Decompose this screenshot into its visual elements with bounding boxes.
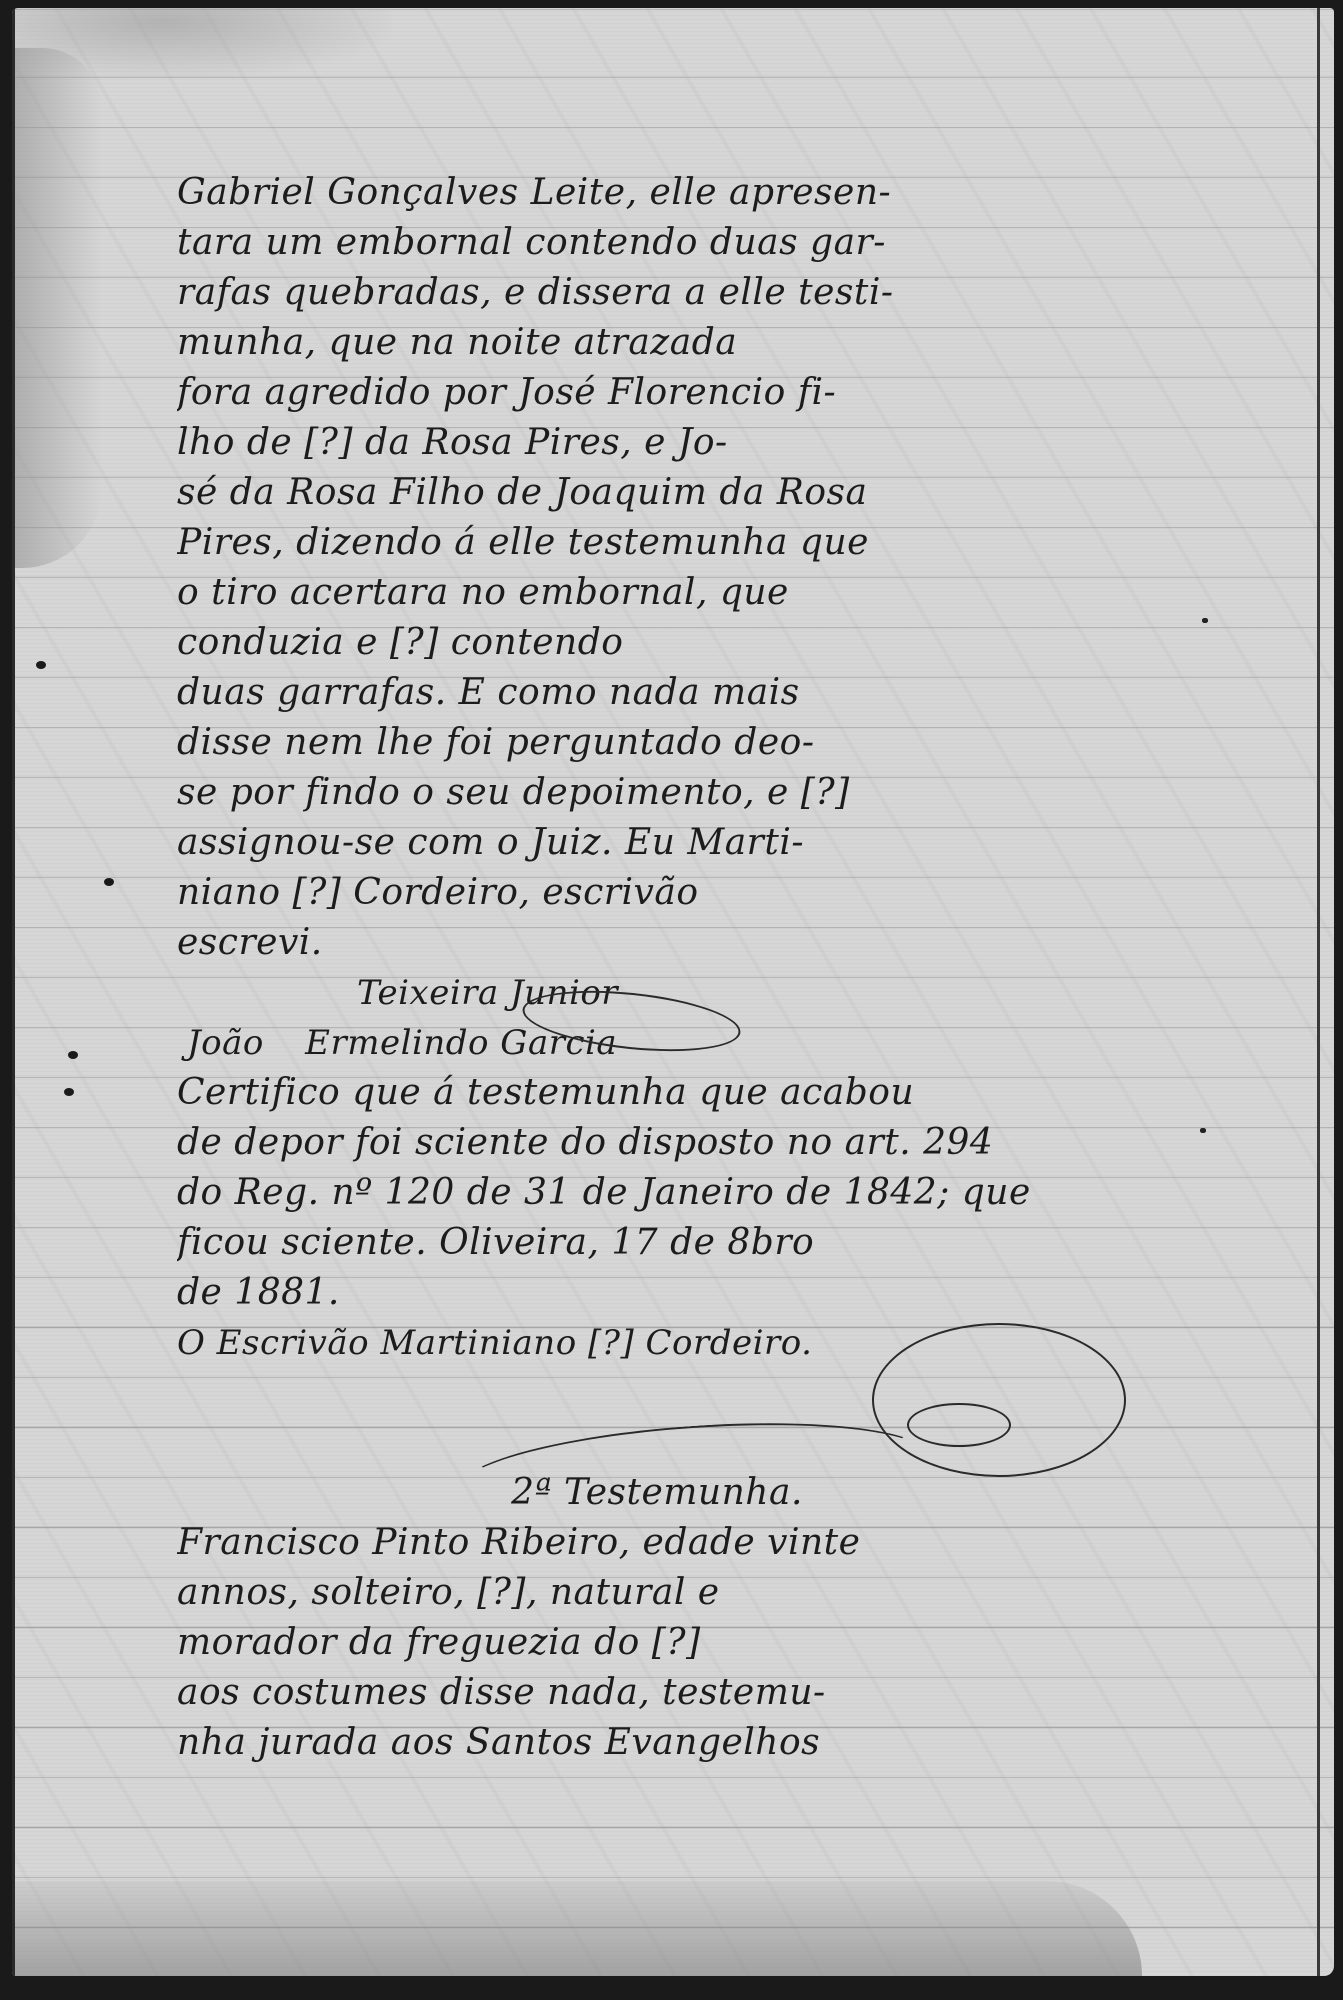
text-line: annos, solteiro, [?], natural e [177, 1568, 1137, 1618]
text-line: sé da Rosa Filho de Joaquim da Rosa [177, 468, 1137, 518]
binding-hole [64, 1088, 74, 1096]
signature-prefix: João [187, 1023, 264, 1063]
text-line: aos costumes disse nada, testemu- [177, 1668, 1137, 1718]
text-line: assignou-se com o Juiz. Eu Marti- [177, 818, 1137, 868]
water-stain-left [12, 48, 102, 568]
ink-spot [1202, 618, 1208, 623]
text-line: o tiro acertara no embornal, que [177, 568, 1137, 618]
text-line: morador da freguezia do [?] [177, 1618, 1137, 1668]
certification-line: de depor foi sciente do disposto no art.… [177, 1118, 1137, 1168]
binding-hole [68, 1051, 78, 1059]
clerk-signature: O Escrivão Martiniano [?] Cordeiro. [177, 1318, 1137, 1368]
text-line: munha, que na noite atrazada [177, 318, 1137, 368]
text-line: niano [?] Cordeiro, escrivão [177, 868, 1137, 918]
manuscript-page: Gabriel Gonçalves Leite, elle apresen- t… [12, 8, 1334, 1976]
water-stain-bottom [12, 1881, 1142, 1976]
blank-space [177, 1368, 1137, 1468]
certification-line: Certifico que á testemunha que acabou [177, 1068, 1137, 1118]
certification-line: do Reg. nº 120 de 31 de Janeiro de 1842;… [177, 1168, 1137, 1218]
section-heading: 2ª Testemunha. [177, 1468, 1137, 1518]
text-line: rafas quebradas, e dissera a elle testi- [177, 268, 1137, 318]
text-line: disse nem lhe foi perguntado deo- [177, 718, 1137, 768]
scan-frame: Gabriel Gonçalves Leite, elle apresen- t… [0, 0, 1343, 2000]
text-line: escrevi. [177, 918, 1137, 968]
signature-text: Ermelindo Garcia [275, 1023, 617, 1063]
handwritten-text-block: Gabriel Gonçalves Leite, elle apresen- t… [177, 168, 1137, 1768]
ink-spot [1200, 1128, 1206, 1133]
text-line: lho de [?] da Rosa Pires, e Jo- [177, 418, 1137, 468]
text-line: Pires, dizendo á elle testemunha que [177, 518, 1137, 568]
binding-hole [104, 878, 114, 886]
certification-line: de 1881. [177, 1268, 1137, 1318]
text-line: duas garrafas. E como nada mais [177, 668, 1137, 718]
text-line: conduzia e [?] contendo [177, 618, 1137, 668]
text-line: nha jurada aos Santos Evangelhos [177, 1718, 1137, 1768]
binding-hole [36, 661, 46, 669]
text-line: Francisco Pinto Ribeiro, edade vinte [177, 1518, 1137, 1568]
page-left-edge [12, 8, 15, 1976]
signature-teixeira-junior: Teixeira Junior [177, 968, 1137, 1018]
text-line: se por findo o seu depoimento, e [?] [177, 768, 1137, 818]
right-margin-rule [1317, 8, 1320, 1976]
text-line: tara um embornal contendo duas gar- [177, 218, 1137, 268]
signature-text: Teixeira Junior [357, 973, 618, 1013]
certification-line: ficou sciente. Oliveira, 17 de 8bro [177, 1218, 1137, 1268]
text-line: Gabriel Gonçalves Leite, elle apresen- [177, 168, 1137, 218]
signature-joao-garcia: João Ermelindo Garcia [177, 1018, 1137, 1068]
text-line: fora agredido por José Florencio fi- [177, 368, 1137, 418]
